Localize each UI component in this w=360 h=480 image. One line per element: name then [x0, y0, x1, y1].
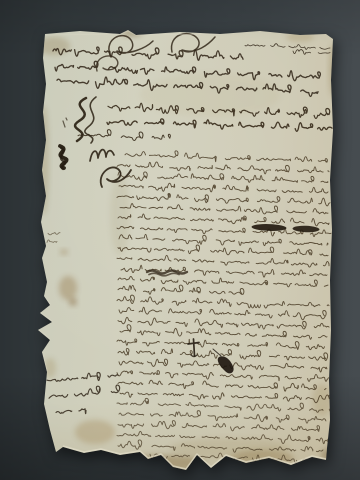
margin-note-script-line: [56, 409, 86, 414]
tiny-margin-marks-line: [47, 240, 57, 242]
body-script-line: [119, 411, 326, 424]
body-script-line: [118, 285, 244, 294]
margin-note-script-line: [47, 373, 118, 382]
body-script-line: [118, 214, 329, 226]
header-loop-flourish-3: [96, 56, 117, 71]
body-script-line: [118, 172, 328, 183]
body-script-line: [120, 325, 327, 340]
body-script-line: [118, 380, 326, 391]
header-script-line: [53, 47, 243, 60]
margin-note-script-line: [49, 385, 120, 398]
manuscript-paper: [0, 0, 360, 480]
body-script-line: [117, 398, 330, 412]
decree-script-line: [107, 119, 332, 131]
body-script-line: [119, 183, 328, 193]
body-script-line: [119, 234, 328, 245]
body-script-line: [119, 307, 326, 320]
decree-monogram-stroke-b: [85, 97, 96, 143]
body-script-line: [117, 295, 329, 308]
body-script-line: [118, 317, 329, 329]
body-script-line: [117, 162, 329, 174]
paper-shadow: [0, 0, 360, 480]
handwriting-ink-layer: [0, 0, 360, 480]
header-loop-flourish-2: [171, 34, 215, 52]
body-script-line: [117, 193, 330, 205]
header-script-line: [293, 50, 330, 55]
body-script: [117, 151, 331, 463]
ink-blot: [218, 356, 234, 373]
strikeout-smear-1: [251, 223, 286, 231]
tiny-margin-marks: [47, 233, 60, 243]
strikeout-smear-2: [292, 225, 319, 232]
decree-monogram-stroke-a: [75, 98, 86, 141]
margin-rubric-monogram-m: [90, 150, 114, 161]
document-photo: [0, 0, 360, 480]
decree-script-line: [78, 130, 170, 141]
body-script-line: [118, 245, 328, 256]
ink-blotches: [147, 223, 320, 373]
header-script-line: [245, 44, 330, 50]
body-script-line: [120, 203, 328, 213]
body-script-line: [118, 421, 320, 432]
body-script-line: [118, 277, 328, 287]
tiny-ink-mark: [63, 118, 67, 127]
tiny-margin-marks-line: [48, 233, 60, 235]
body-script-line: [125, 151, 327, 162]
margin-note-script: [47, 373, 120, 414]
body-script-line: [117, 371, 328, 382]
body-script-line: [120, 392, 331, 403]
body-script-line: [117, 255, 329, 267]
body-script-line: [117, 339, 324, 350]
